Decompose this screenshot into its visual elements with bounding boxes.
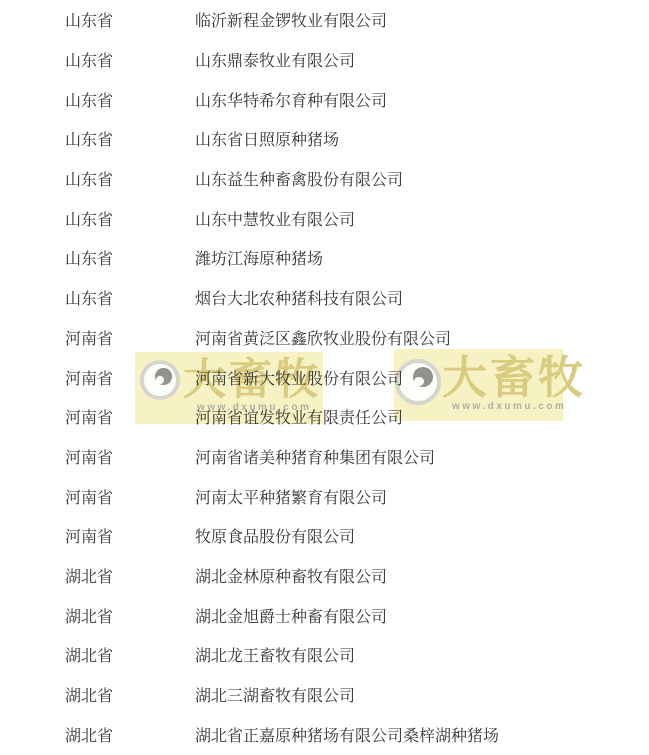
- company-cell: 河南省谊发牧业有限责任公司: [195, 405, 403, 428]
- table-row: 山东省山东中慧牧业有限公司: [0, 198, 649, 238]
- province-cell: 山东省: [65, 286, 195, 309]
- company-cell: 山东中慧牧业有限公司: [195, 207, 355, 230]
- province-cell: 山东省: [65, 246, 195, 269]
- province-cell: 山东省: [65, 167, 195, 190]
- table-row: 山东省临沂新程金锣牧业有限公司: [0, 0, 649, 40]
- table-row: 河南省河南省黄泛区鑫欣牧业股份有限公司: [0, 318, 649, 358]
- table-row: 湖北省湖北省正嘉原种猪场有限公司桑梓湖种猪场: [0, 714, 649, 754]
- table-row: 山东省山东鼎泰牧业有限公司: [0, 40, 649, 80]
- table-row: 山东省烟台大北农种猪科技有限公司: [0, 278, 649, 318]
- province-cell: 山东省: [65, 127, 195, 150]
- company-cell: 湖北金旭爵士种畜有限公司: [195, 604, 387, 627]
- company-cell: 河南太平种猪繁育有限公司: [195, 485, 387, 508]
- province-cell: 湖北省: [65, 683, 195, 706]
- table-row: 河南省河南省新大牧业股份有限公司: [0, 357, 649, 397]
- province-cell: 山东省: [65, 8, 195, 31]
- province-cell: 山东省: [65, 207, 195, 230]
- table-row: 河南省河南省谊发牧业有限责任公司: [0, 397, 649, 437]
- company-cell: 河南省诸美种猪育种集团有限公司: [195, 445, 435, 468]
- company-cell: 湖北省正嘉原种猪场有限公司桑梓湖种猪场: [195, 723, 499, 746]
- company-cell: 湖北三湖畜牧有限公司: [195, 683, 355, 706]
- province-cell: 湖北省: [65, 564, 195, 587]
- table-row: 山东省潍坊江海原种猪场: [0, 238, 649, 278]
- province-cell: 河南省: [65, 405, 195, 428]
- province-company-table: 山东省临沂新程金锣牧业有限公司山东省山东鼎泰牧业有限公司山东省山东华特希尔育种有…: [0, 0, 649, 754]
- table-row: 山东省山东华特希尔育种有限公司: [0, 79, 649, 119]
- province-cell: 河南省: [65, 445, 195, 468]
- company-cell: 湖北龙王畜牧有限公司: [195, 643, 355, 666]
- province-cell: 河南省: [65, 366, 195, 389]
- province-cell: 山东省: [65, 88, 195, 111]
- company-cell: 潍坊江海原种猪场: [195, 246, 323, 269]
- company-cell: 牧原食品股份有限公司: [195, 524, 355, 547]
- company-cell: 山东鼎泰牧业有限公司: [195, 48, 355, 71]
- table-row: 湖北省湖北金林原种畜牧有限公司: [0, 556, 649, 596]
- table-row: 河南省牧原食品股份有限公司: [0, 516, 649, 556]
- province-cell: 河南省: [65, 524, 195, 547]
- table-row: 河南省河南省诸美种猪育种集团有限公司: [0, 437, 649, 477]
- company-list-page: 大畜牧 www.dxumu.com 大畜牧 www.dxumu.com 山东省临…: [0, 0, 649, 755]
- table-row: 湖北省湖北金旭爵士种畜有限公司: [0, 595, 649, 635]
- company-cell: 河南省新大牧业股份有限公司: [195, 366, 403, 389]
- table-row: 湖北省湖北龙王畜牧有限公司: [0, 635, 649, 675]
- company-cell: 山东华特希尔育种有限公司: [195, 88, 387, 111]
- province-cell: 湖北省: [65, 643, 195, 666]
- table-row: 湖北省湖北三湖畜牧有限公司: [0, 675, 649, 715]
- company-cell: 临沂新程金锣牧业有限公司: [195, 8, 387, 31]
- company-cell: 湖北金林原种畜牧有限公司: [195, 564, 387, 587]
- table-row: 河南省河南太平种猪繁育有限公司: [0, 476, 649, 516]
- company-cell: 河南省黄泛区鑫欣牧业股份有限公司: [195, 326, 451, 349]
- province-cell: 河南省: [65, 326, 195, 349]
- table-row: 山东省山东省日照原种猪场: [0, 119, 649, 159]
- company-cell: 山东省日照原种猪场: [195, 127, 339, 150]
- province-cell: 河南省: [65, 485, 195, 508]
- province-cell: 湖北省: [65, 723, 195, 746]
- company-cell: 山东益生种畜禽股份有限公司: [195, 167, 403, 190]
- table-row: 山东省山东益生种畜禽股份有限公司: [0, 159, 649, 199]
- province-cell: 山东省: [65, 48, 195, 71]
- province-cell: 湖北省: [65, 604, 195, 627]
- company-cell: 烟台大北农种猪科技有限公司: [195, 286, 403, 309]
